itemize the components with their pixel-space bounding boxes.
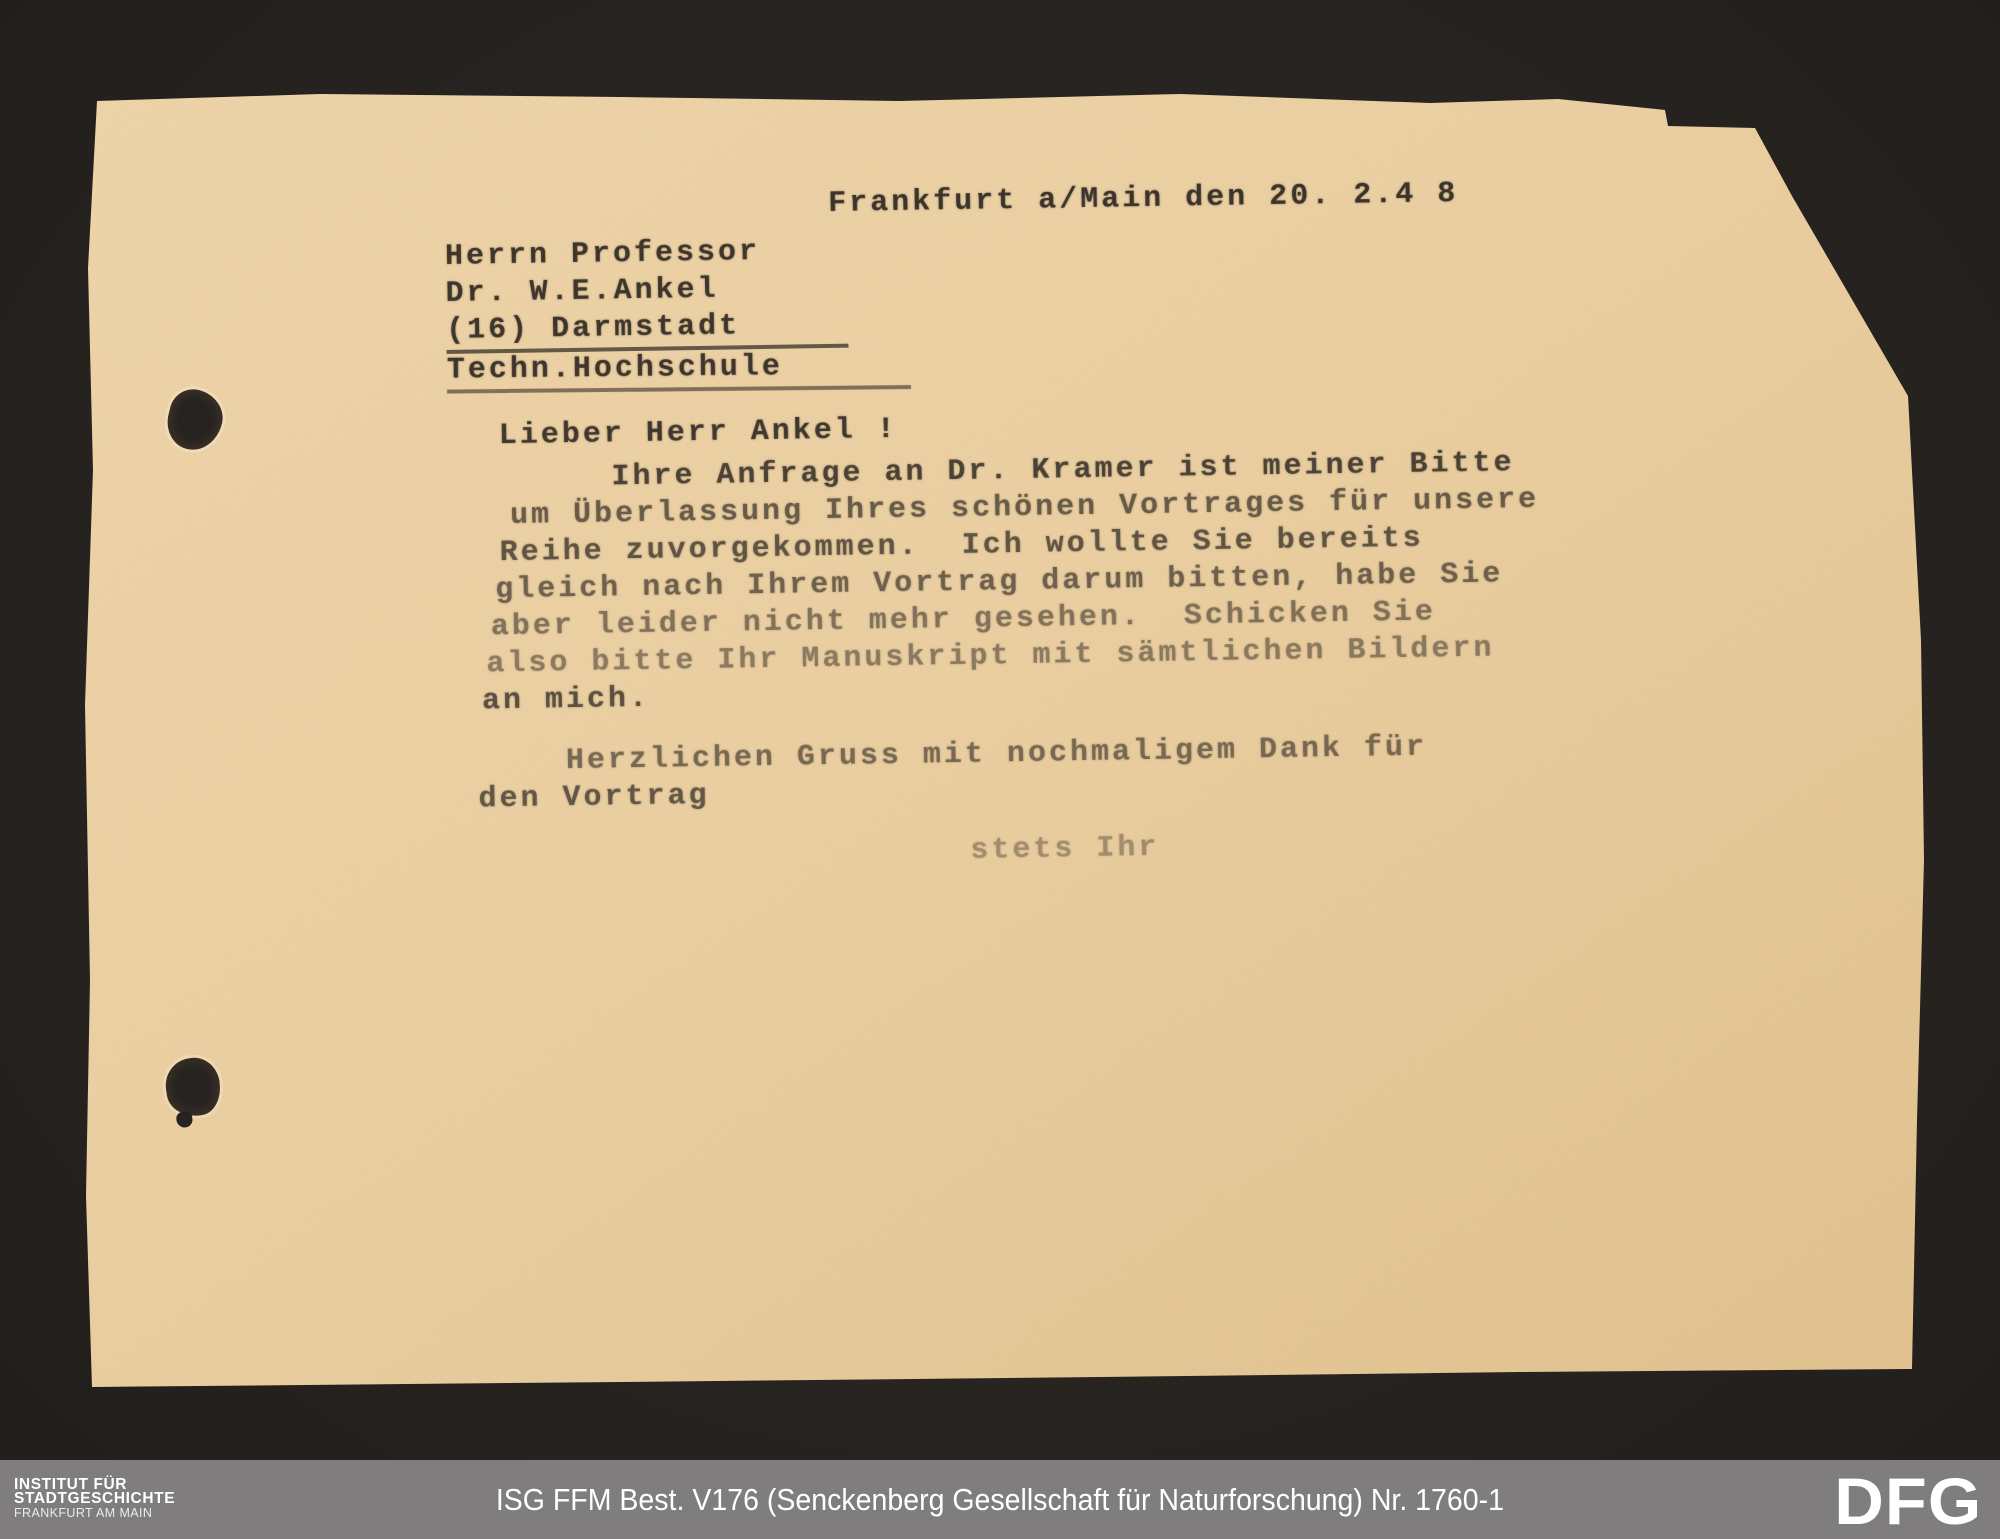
archive-scan-background: Frankfurt a/Main den 20. 2.4 8 Herrn Pro… bbox=[0, 0, 2000, 1539]
archive-reference-text: ISG FFM Best. V176 (Senckenberg Gesellsc… bbox=[496, 1482, 1504, 1518]
institute-logo-line-3: FRANKFURT AM MAIN bbox=[14, 1506, 175, 1520]
archive-reference: ISG FFM Best. V176 (Senckenberg Gesellsc… bbox=[0, 1460, 2000, 1539]
recipient-city-underlined: (16) Darmstadt bbox=[446, 307, 849, 354]
dfg-logo: DFG bbox=[1834, 1460, 1982, 1539]
typewritten-letter: Frankfurt a/Main den 20. 2.4 8 Herrn Pro… bbox=[442, 172, 1713, 878]
letter-body: Ihre Anfrage an Dr. Kramer ist meiner Bi… bbox=[446, 442, 1710, 721]
recipient-institution-underlined: Techn.Hochschule bbox=[447, 348, 911, 393]
institute-logo: INSTITUT FÜR STADTGESCHICHTE FRANKFURT A… bbox=[14, 1478, 175, 1520]
archive-footer-bar: ISG FFM Best. V176 (Senckenberg Gesellsc… bbox=[0, 1460, 2000, 1539]
institute-logo-line-2: STADTGESCHICHTE bbox=[14, 1492, 175, 1506]
